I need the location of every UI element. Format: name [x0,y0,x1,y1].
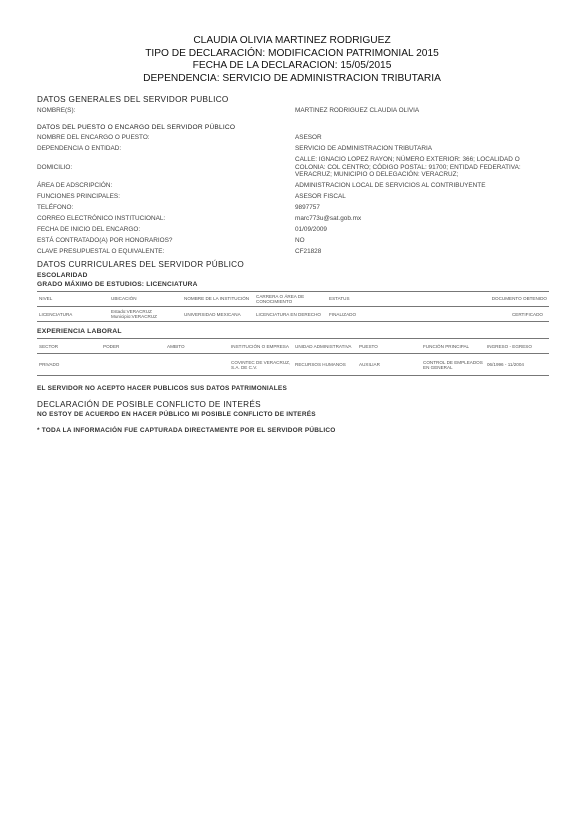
declaration-date: FECHA DE LA DECLARACION: 15/05/2015 [0,60,584,73]
field-value: ASESOR [295,134,549,141]
field-label: DOMICILIO: [37,164,295,171]
field-label: DEPENDENCIA O ENTIDAD: [37,145,295,152]
table-cell: CONTROL DE EMPLEADOS EN GENERAL [421,354,485,376]
field-row: ESTÁ CONTRATADO(A) POR HONORARIOS? NO [37,237,549,244]
field-label: FUNCIONES PRINCIPALES: [37,193,295,200]
field-row: DOMICILIO: CALLE: IGNACIO LOPEZ RAYON; N… [37,156,549,178]
section-datos-puesto-title: DATOS DEL PUESTO O ENCARGO DEL SERVIDOR … [37,123,549,132]
field-value: 9897757 [295,204,549,211]
field-value: 01/09/2009 [295,226,549,233]
column-header: UBICACIÓN [109,291,182,306]
field-row: NOMBRE DEL ENCARGO O PUESTO: ASESOR [37,134,549,141]
column-header: PODER [101,339,165,354]
column-header: FUNCIÓN PRINCIPAL [421,339,485,354]
field-label: ESTÁ CONTRATADO(A) POR HONORARIOS? [37,237,295,244]
table-header-row: NIVEL UBICACIÓN NOMBRE DE LA INSTITUCIÓN… [37,291,549,306]
column-header: NIVEL [37,291,109,306]
table-cell [101,354,165,376]
footer-note: * TODA LA INFORMACIÓN FUE CAPTURADA DIRE… [37,427,549,434]
table-cell: CERTIFICADO [473,307,549,322]
grado-maximo-label: GRADO MÁXIMO DE ESTUDIOS: LICENCIATURA [37,280,549,289]
table-cell: COVINTEC DE VERACRUZ, S.A. DE C.V. [229,354,293,376]
field-value: CALLE: IGNACIO LOPEZ RAYON; NÚMERO EXTER… [295,156,549,178]
table-header-row: SECTOR PODER AMBITO INSTITUCIÓN O EMPRES… [37,339,549,354]
column-header: INSTITUCIÓN O EMPRESA [229,339,293,354]
field-row: CORREO ELECTRÓNICO INSTITUCIONAL: marc77… [37,215,549,222]
field-value: SERVICIO DE ADMINISTRACION TRIBUTARIA [295,145,549,152]
field-nombre: NOMBRE(S): MARTINEZ RODRIGUEZ CLAUDIA OL… [37,107,549,114]
field-row: DEPENDENCIA O ENTIDAD: SERVICIO DE ADMIN… [37,145,549,152]
table-cell: Estado:VERACRUZ Municipio:VERACRUZ [109,307,182,322]
declaration-dependency: DEPENDENCIA: SERVICIO DE ADMINISTRACION … [0,73,584,86]
field-label: NOMBRE(S): [37,107,295,114]
table-cell: LICENCIATURA EN DERECHO [254,307,327,322]
column-header: ESTATUS [327,291,400,306]
table-cell: PRIVADO [37,354,101,376]
field-label: NOMBRE DEL ENCARGO O PUESTO: [37,134,295,141]
column-header: AMBITO [165,339,229,354]
column-header: UNIDAD ADMINISTRATIVA [293,339,357,354]
table-cell: LICENCIATURA [37,307,109,322]
field-label: FECHA DE INICIO DEL ENCARGO: [37,226,295,233]
field-label: TELÉFONO: [37,204,295,211]
table-cell: FINALIZADO [327,307,400,322]
patrimoniales-note: EL SERVIDOR NO ACEPTO HACER PUBLICOS SUS… [37,385,549,392]
table-cell: UNIVERSIDAD MEXICANA [182,307,254,322]
field-value-email: marc773u@sat.gob.mx [295,215,549,222]
section-experiencia-title: EXPERIENCIA LABORAL [37,327,549,336]
table-cell [400,307,473,322]
column-header: DOCUMENTO OBTENIDO [473,291,549,306]
field-value: ASESOR FISCAL [295,193,549,200]
column-header [400,291,473,306]
field-row: FECHA DE INICIO DEL ENCARGO: 01/09/2009 [37,226,549,233]
field-row: TELÉFONO: 9897757 [37,204,549,211]
field-label: CLAVE PRESUPUESTAL O EQUIVALENTE: [37,248,295,255]
field-value: MARTINEZ RODRIGUEZ CLAUDIA OLIVIA [295,107,549,114]
document-header: CLAUDIA OLIVIA MARTINEZ RODRIGUEZ TIPO D… [0,35,584,85]
experiencia-table: SECTOR PODER AMBITO INSTITUCIÓN O EMPRES… [37,338,549,376]
document-body: DATOS GENERALES DEL SERVIDOR PUBLICO NOM… [37,95,549,434]
section-datos-generales-title: DATOS GENERALES DEL SERVIDOR PUBLICO [37,95,549,105]
puesto-fields: NOMBRE DEL ENCARGO O PUESTO: ASESOR DEPE… [37,134,549,255]
table-cell: AUXILIAR [357,354,421,376]
column-header: NOMBRE DE LA INSTITUCIÓN [182,291,254,306]
table-cell: RECURSOS HUMANOS [293,354,357,376]
declaration-type: TIPO DE DECLARACIÓN: MODIFICACION PATRIM… [0,48,584,61]
field-row: ÁREA DE ADSCRIPCIÓN: ADMINISTRACION LOCA… [37,182,549,189]
column-header: INGRESO - EGRESO [485,339,549,354]
field-row: FUNCIONES PRINCIPALES: ASESOR FISCAL [37,193,549,200]
escolaridad-table: NIVEL UBICACIÓN NOMBRE DE LA INSTITUCIÓN… [37,291,549,323]
table-row: LICENCIATURA Estado:VERACRUZ Municipio:V… [37,307,549,322]
table-cell [165,354,229,376]
column-header: CARRERA O ÁREA DE CONOCIMIENTO [254,291,327,306]
table-row: PRIVADO COVINTEC DE VERACRUZ, S.A. DE C.… [37,354,549,376]
section-curriculares-title: DATOS CURRICULARES DEL SERVIDOR PÚBLICO [37,260,549,270]
field-row: CLAVE PRESUPUESTAL O EQUIVALENTE: CF2182… [37,248,549,255]
declarant-name: CLAUDIA OLIVIA MARTINEZ RODRIGUEZ [0,35,584,48]
conflicto-title: DECLARACIÓN DE POSIBLE CONFLICTO DE INTE… [37,400,549,410]
field-label: CORREO ELECTRÓNICO INSTITUCIONAL: [37,215,295,222]
column-header: SECTOR [37,339,101,354]
column-header: PUESTO [357,339,421,354]
field-value: CF21828 [295,248,549,255]
escolaridad-label: ESCOLARIDAD [37,271,549,280]
table-cell: 06/1996 - 11/2004 [485,354,549,376]
conflicto-text: NO ESTOY DE ACUERDO EN HACER PÚBLICO MI … [37,411,549,418]
field-label: ÁREA DE ADSCRIPCIÓN: [37,182,295,189]
field-value: ADMINISTRACION LOCAL DE SERVICIOS AL CON… [295,182,549,189]
field-value: NO [295,237,549,244]
